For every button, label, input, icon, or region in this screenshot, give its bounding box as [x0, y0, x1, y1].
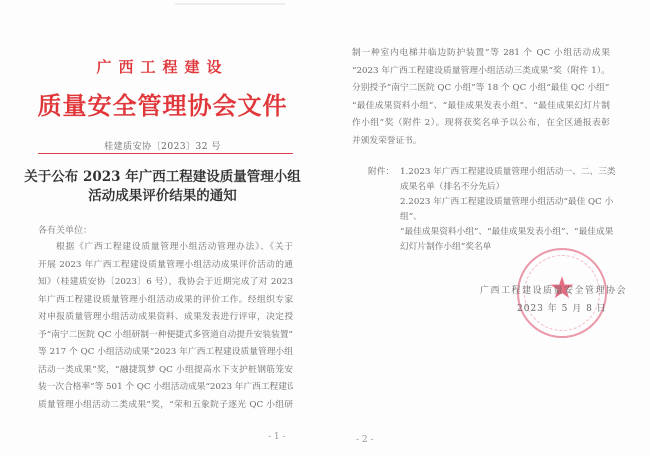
attachment-item-1: 附件： 1.2023 年广西工程建设质量管理小组活动一、二、三类: [368, 165, 618, 180]
body-paragraph: 根据《广西工程建设质量管理小组活动管理办法》、《关于 开展 2023 年广西工程…: [38, 239, 293, 414]
body-paragraph-continued: 制一种室内电梯井临边防护装置”等 281 个 QC 小组活动成果 “2023 年…: [352, 45, 610, 150]
body-line: 分别授予“南宁二医院 QC 小组”等 18 个 QC 小组“最佳 QC 小组”、: [352, 80, 610, 98]
salutation: 各有关单位：: [38, 223, 92, 236]
body-line: 装一次合格率”等 501 个 QC 小组活动成果“2023 年广西工程建设: [38, 379, 293, 397]
body-line: 并颁发荣誉证书。: [352, 133, 610, 151]
body-line: 根据《广西工程建设质量管理小组活动管理办法》、《关于: [38, 239, 293, 257]
scan-artifact: [175, 3, 285, 5]
attachment-line: 1.2023 年广西工程建设质量管理小组活动一、二、三类: [400, 165, 618, 180]
document-number: 桂建质安协〔2023〕32 号: [0, 139, 325, 152]
body-line: 对申报质量管理小组活动成果资料、成果发表进行评审，决定授: [38, 309, 293, 327]
body-line: 知》（桂建质安协〔2023〕6 号），我协会于近期完成了对 2023: [38, 274, 293, 292]
document-page-1: 广西工程建设 质量安全管理协会文件 桂建质安协〔2023〕32 号 关于公布 2…: [0, 0, 325, 456]
attachment-item-2: 2.2023 年广西工程建设质量管理小组活动“最佳 QC 小组”、: [368, 195, 618, 225]
notice-title-line: 关于公布 2023 年广西工程建设质量管理小组: [0, 168, 325, 187]
attachment-line: 成果名单（排名不分先后）: [368, 180, 618, 195]
body-line: 活动一类成果”奖，“融捷筑梦 QC 小组提高水下支护桩钢筋笼安: [38, 362, 293, 380]
body-line: 年广西工程建设质量管理小组活动成果的评价工作。经组织专家: [38, 292, 293, 310]
attachments-label: 附件：: [368, 165, 400, 180]
body-line: 予“南宁二医院 QC 小组研制一种便捷式多管道自动提升安装装置”: [38, 327, 293, 345]
body-line: 开展 2023 年广西工程建设质量管理小组活动成果评价活动的通: [38, 257, 293, 275]
body-line: “最佳成果资料小组”、“最佳成果发表小组”、“最佳成果幻灯片制: [352, 98, 610, 116]
notice-title-line: 活动成果评价结果的通知: [0, 187, 325, 206]
issuer-signature: 广西工程建设质量安全管理协会: [480, 283, 627, 296]
issuer-header-line2: 质量安全管理协会文件: [0, 86, 325, 121]
body-line: 作小组”奖（附件 2）。现将获奖名单予以公布，在全区通报表彰: [352, 115, 610, 133]
red-separator-line: [38, 153, 293, 154]
issue-date: 2023 年 5 月 8 日: [517, 301, 607, 314]
page-number: - 2 -: [356, 435, 374, 445]
body-line: 等 217 个 QC 小组活动成果“2023 年广西工程建设质量管理小组: [38, 344, 293, 362]
attachments-list: 附件： 1.2023 年广西工程建设质量管理小组活动一、二、三类 成果名单（排名…: [368, 165, 618, 255]
attachment-line: “最佳成果资料小组”、“最佳成果发表小组”、“最佳成果: [368, 225, 618, 240]
body-line: 制一种室内电梯井临边防护装置”等 281 个 QC 小组活动成果: [352, 45, 610, 63]
body-line: “2023 年广西工程建设质量管理小组活动三类成果”奖（附件 1）。: [352, 63, 610, 81]
issuer-header-line1: 广西工程建设: [0, 56, 325, 77]
page-number: - 1 -: [268, 432, 286, 442]
body-line: 质量管理小组活动二类成果”奖，“荣和五象院子逐光 QC 小组研: [38, 397, 293, 415]
notice-title: 关于公布 2023 年广西工程建设质量管理小组 活动成果评价结果的通知: [0, 168, 325, 206]
